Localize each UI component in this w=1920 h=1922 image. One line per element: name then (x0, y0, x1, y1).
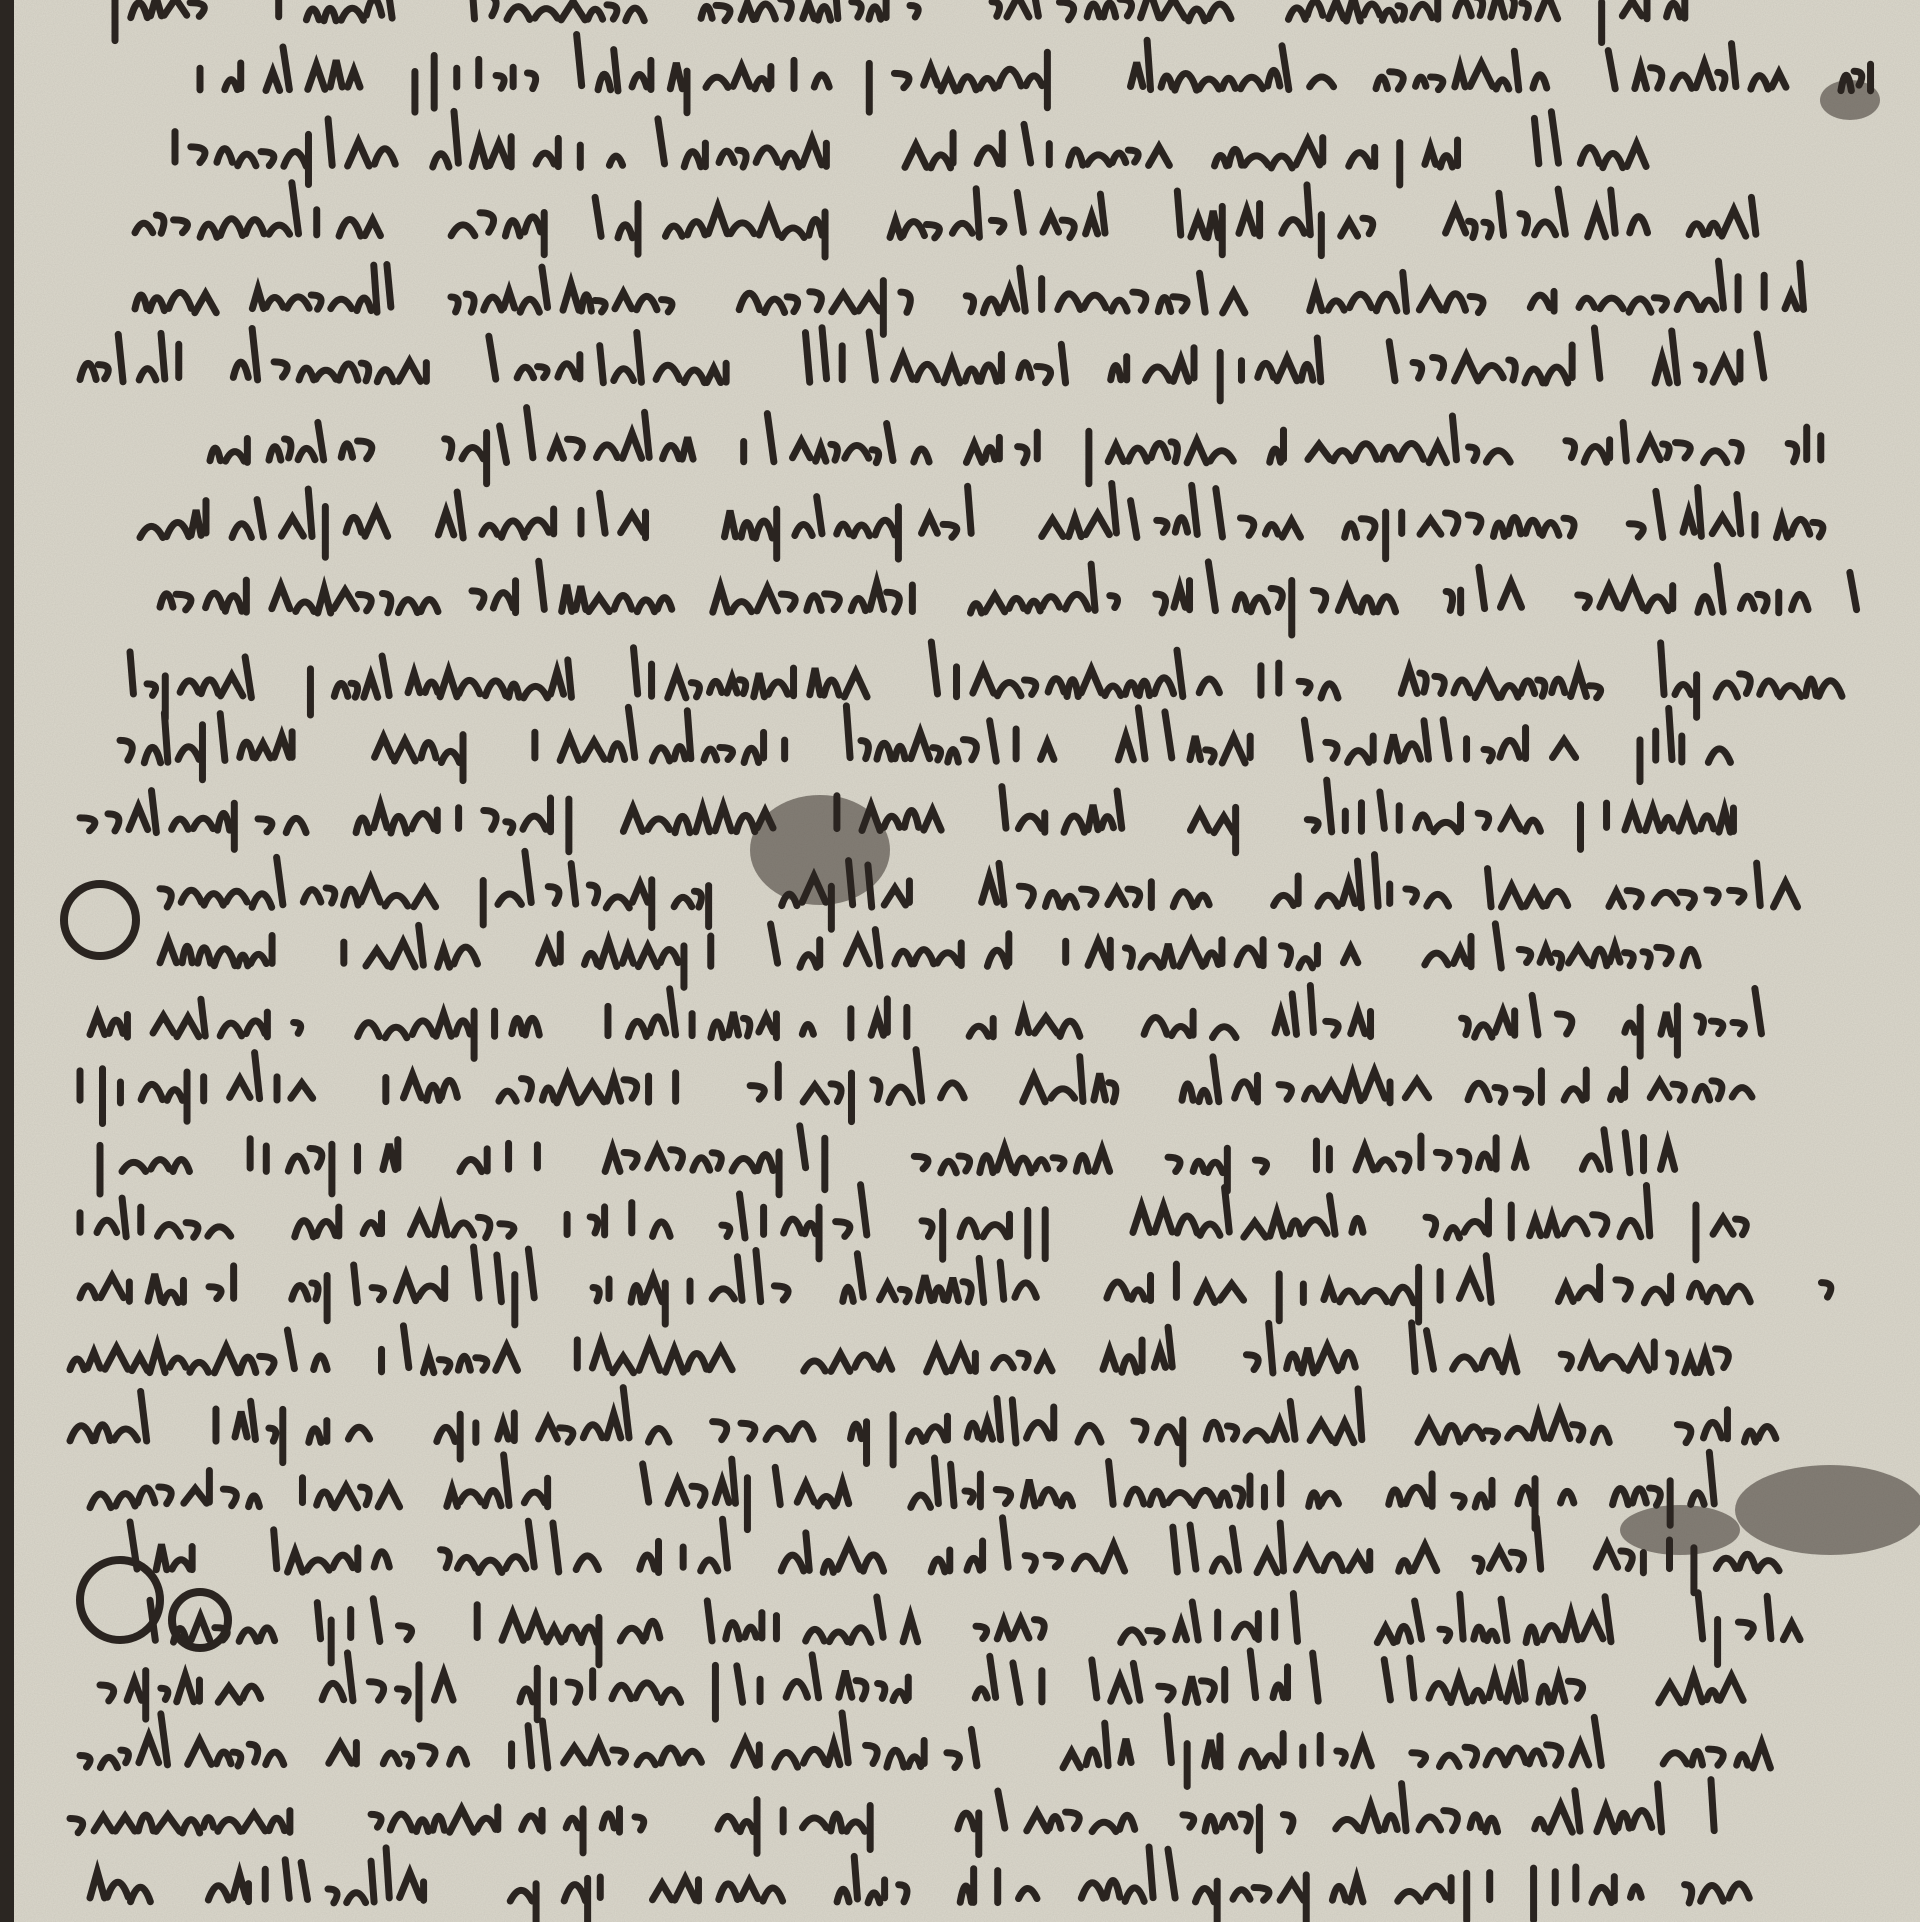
manuscript-line (80, 1050, 1752, 1124)
manuscript-line (70, 1388, 1776, 1465)
manuscript-line (115, 0, 1685, 43)
manuscript-line (100, 1126, 1675, 1195)
manuscript-line (70, 1323, 1728, 1373)
manuscript-line (200, 35, 1871, 113)
manuscript-line (130, 642, 1842, 719)
manuscript-line (90, 1452, 1714, 1529)
manuscript-line (80, 328, 1764, 401)
manuscript-line (90, 1847, 1749, 1922)
manuscript-line (210, 408, 1821, 484)
page-left-edge (0, 0, 14, 1922)
manuscript-line (100, 1651, 1743, 1720)
initial-letter (64, 884, 136, 956)
manuscript-line (160, 924, 1698, 988)
manuscript-page: Photograph of a handwritten medieval man… (0, 0, 1920, 1922)
ink-stain (1620, 1505, 1740, 1555)
manuscript-line (120, 706, 1730, 782)
manuscript-line (90, 985, 1761, 1058)
manuscript-line (70, 1780, 1714, 1855)
manuscript-line (160, 561, 1857, 635)
manuscript-line (160, 851, 1797, 929)
ink-stain (1735, 1465, 1920, 1555)
manuscript-text-body (0, 0, 1920, 1922)
manuscript-line (80, 1713, 1770, 1787)
manuscript-line (80, 780, 1733, 853)
manuscript-line (135, 261, 1803, 334)
manuscript-line (135, 183, 1756, 257)
manuscript-line (140, 483, 1823, 559)
manuscript-line (150, 1593, 1800, 1665)
manuscript-line (80, 1247, 1831, 1325)
manuscript-line (175, 111, 1646, 185)
